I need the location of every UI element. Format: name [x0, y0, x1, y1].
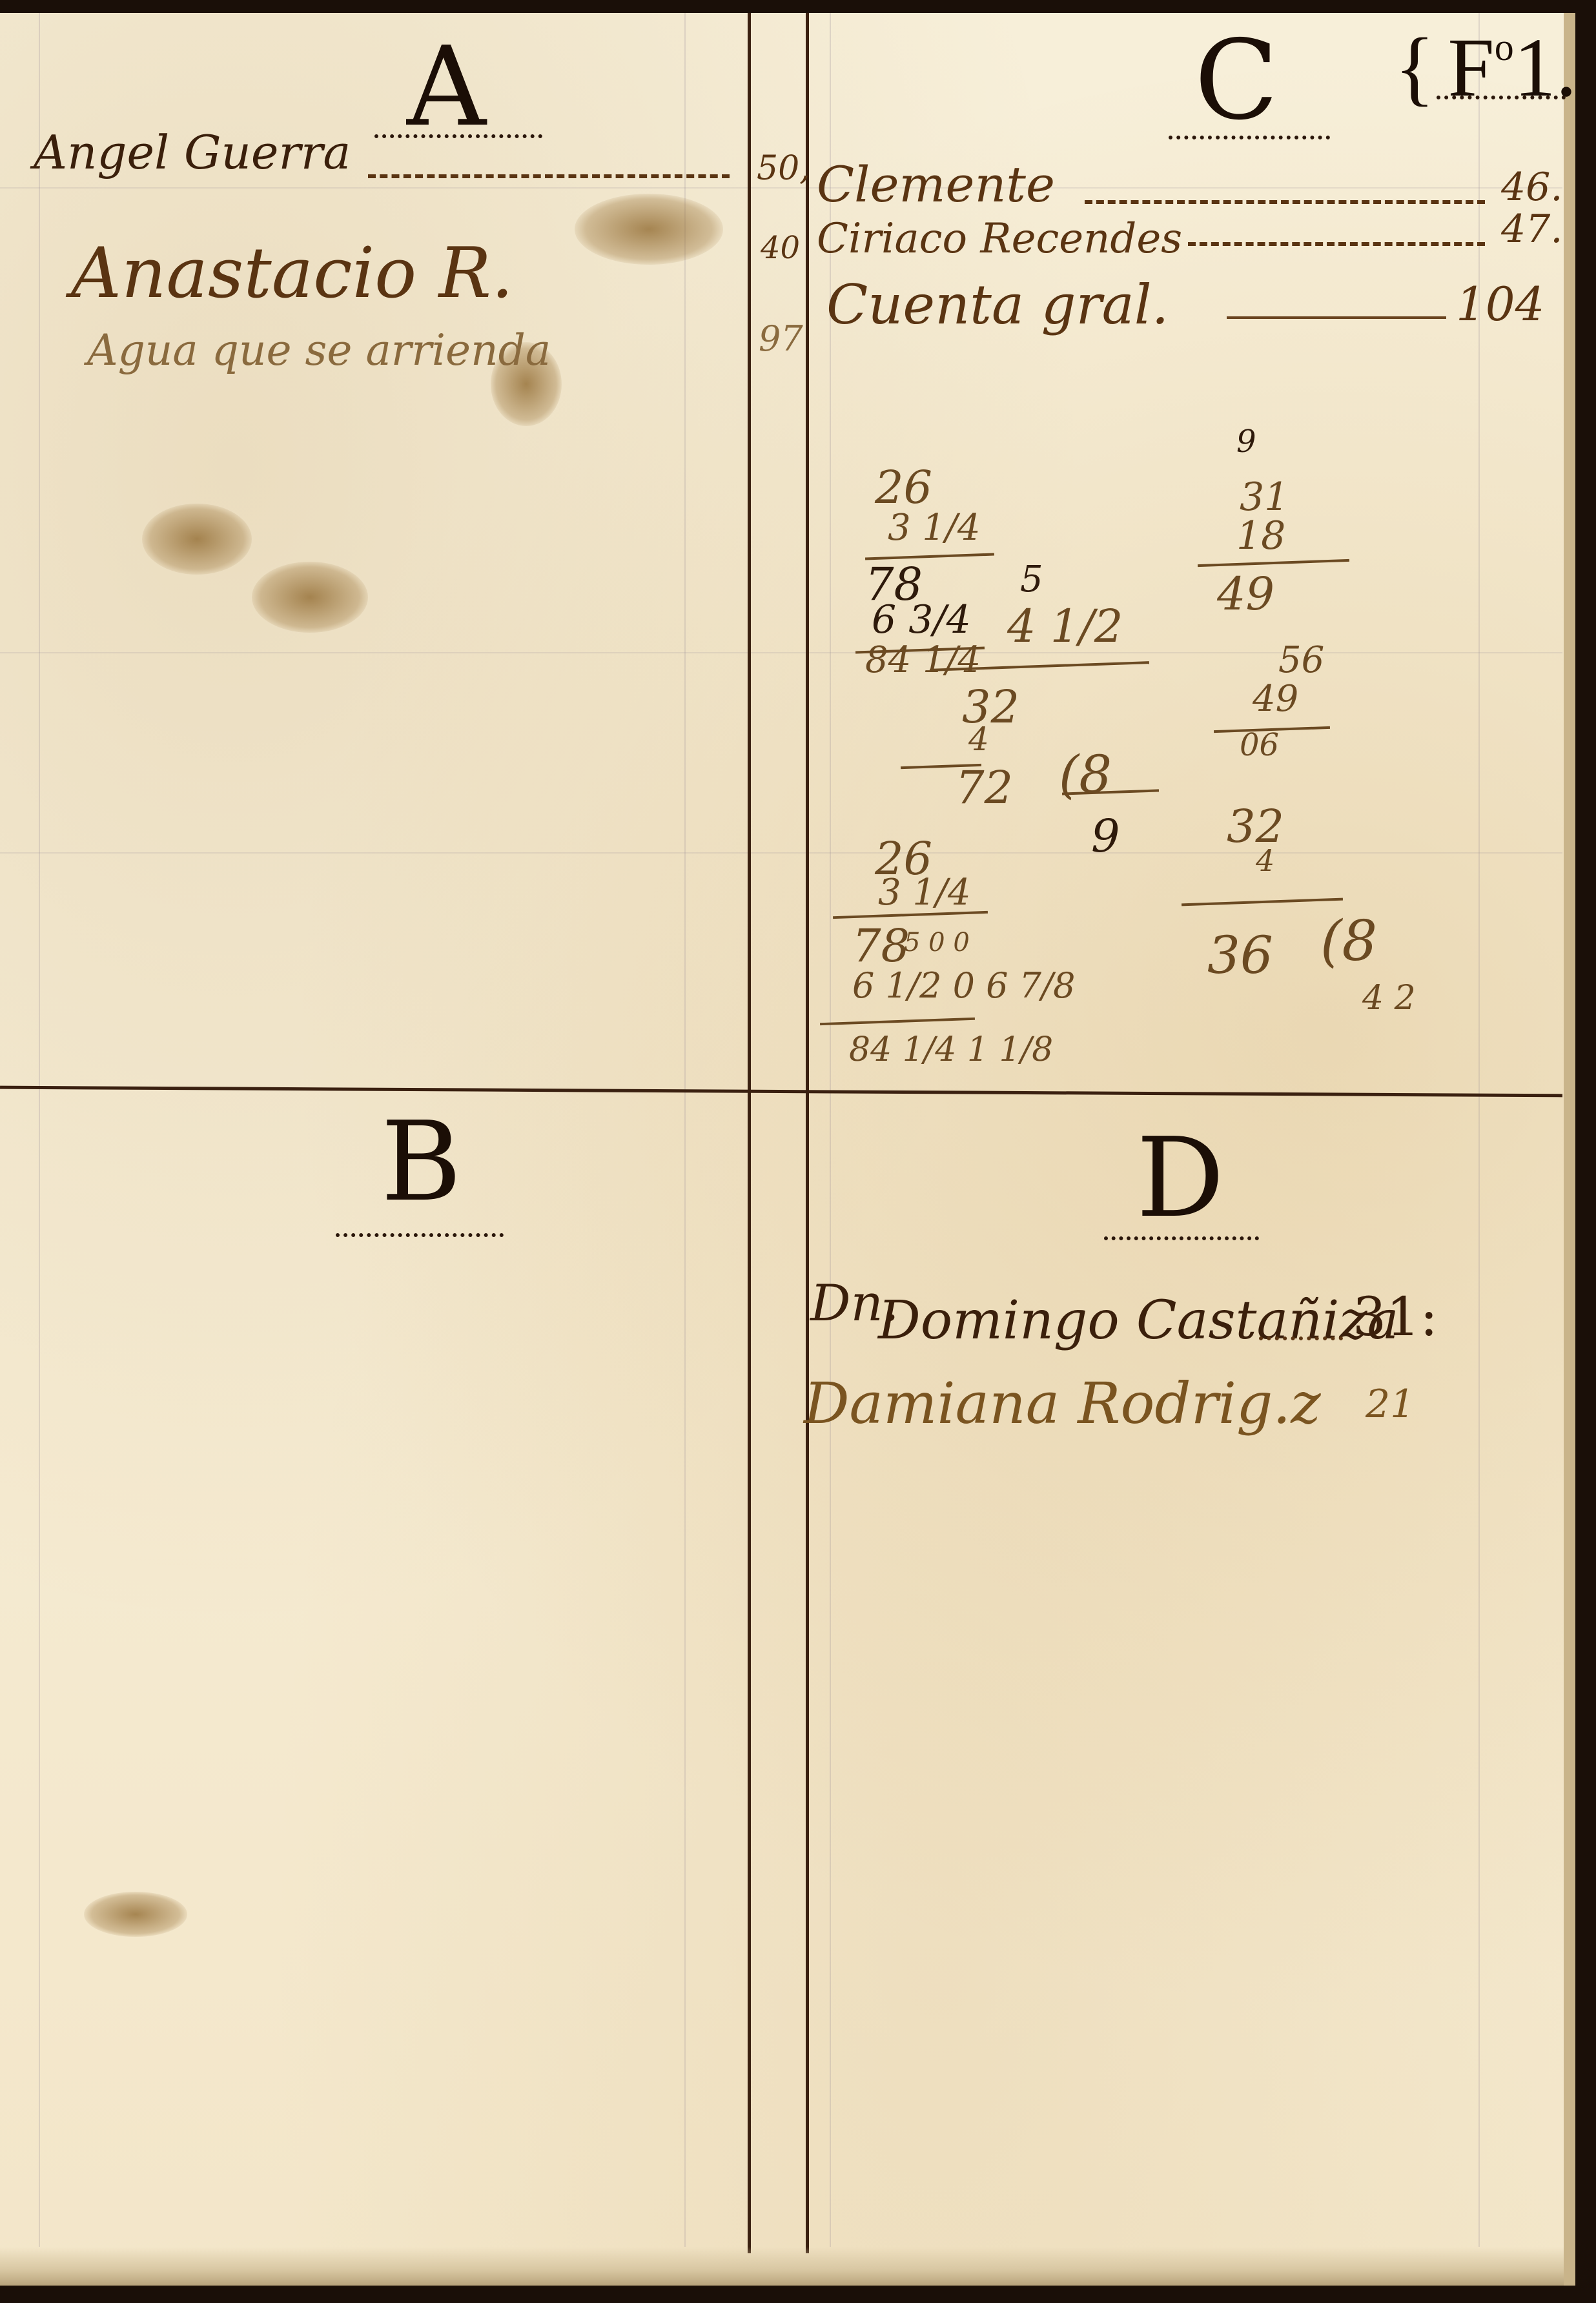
calc-figure: 31: [1240, 478, 1289, 517]
folio-superscript: o: [1495, 26, 1514, 68]
calc-figure: 26: [875, 465, 932, 510]
calc-figure: 5: [1020, 562, 1043, 598]
calc-figure: (8: [1320, 914, 1377, 969]
entry-folio: 46.: [1501, 168, 1562, 207]
letter-underline-flourish: [1104, 1230, 1259, 1240]
ink-stain: [142, 504, 252, 575]
leader-dashes: [1085, 200, 1485, 204]
section-divider-horizontal: [0, 1086, 1562, 1098]
letter-underline-flourish: [336, 1227, 504, 1237]
entry-folio: 21: [1366, 1385, 1415, 1424]
entry-folio: 97: [759, 322, 803, 356]
entry-name: Cuenta gral.: [826, 278, 1169, 332]
calc-figure: 4: [968, 723, 989, 755]
calc-rule: [1182, 898, 1343, 906]
calc-figure: 78: [852, 923, 910, 968]
folio-value: 1.: [1514, 21, 1577, 114]
calc-rule: [820, 1018, 975, 1025]
faint-margin-line: [684, 13, 686, 2247]
column-divider-right: [806, 13, 809, 2253]
entry-name: Ciriaco Recendes: [817, 218, 1182, 260]
entry-name: Agua que se arrienda: [87, 329, 551, 372]
entry-folio: 40: [761, 232, 800, 263]
entry-name: Clemente: [817, 160, 1055, 209]
calc-figure: 32: [1227, 804, 1284, 849]
calc-figure: 84 1/4 1 1/8: [849, 1033, 1053, 1067]
calc-figure: 18: [1236, 517, 1285, 555]
calc-rule: [1198, 559, 1349, 567]
entry-name: Anastacio R.: [71, 239, 513, 309]
folio-label: F: [1448, 21, 1494, 114]
calc-figure: 56: [1278, 642, 1324, 679]
section-letter-a: A: [407, 32, 486, 142]
calc-figure: 4 2: [1362, 981, 1416, 1015]
ink-stain: [575, 194, 723, 265]
calc-figure: 36: [1207, 930, 1273, 981]
calc-figure: 06: [1240, 730, 1279, 761]
entry-name: Damiana Rodrig.z: [804, 1375, 1321, 1432]
entry-folio: 104: [1456, 281, 1544, 327]
calc-figure: 49: [1217, 571, 1274, 617]
leader-dots: [1259, 1336, 1343, 1340]
calc-figure: 3 1/4: [888, 510, 981, 546]
faint-rule-line: [0, 852, 1562, 854]
entry-name: Angel Guerra: [34, 129, 351, 176]
calc-figure: 5 0 0: [904, 930, 970, 956]
leader-rule: [1227, 316, 1446, 319]
column-divider-left: [748, 13, 751, 2253]
entry-folio: 47.: [1501, 210, 1562, 249]
calc-figure: 9: [1091, 814, 1120, 859]
faint-margin-line: [830, 13, 831, 2247]
leader-dashes: [368, 174, 730, 178]
ledger-page: A Angel Guerra 50, Anastacio R. 40 Agua …: [0, 13, 1575, 2286]
letter-underline-flourish: [374, 128, 542, 138]
section-letter-c: C: [1194, 26, 1278, 136]
faint-rule-line: [0, 652, 1562, 653]
folio-underline-flourish: [1437, 89, 1566, 99]
paper-fragment: [84, 1892, 187, 1937]
faint-margin-line: [1478, 13, 1480, 2247]
calc-figure: 4: [1256, 846, 1274, 875]
folio-brace: {: [1395, 21, 1435, 114]
faint-margin-line: [39, 13, 40, 2247]
entry-folio: 31:: [1353, 1291, 1438, 1344]
letter-underline-flourish: [1169, 129, 1330, 139]
calc-figure: 84 1/4: [865, 642, 981, 679]
calc-figure: 6 3/4: [872, 600, 971, 639]
entry-folio: 50,: [757, 152, 810, 185]
ink-stain: [252, 562, 368, 633]
section-letter-d: D: [1136, 1123, 1224, 1233]
leader-dashes: [1188, 242, 1485, 246]
calc-figure: 4 1/2: [1007, 604, 1123, 649]
section-letter-b: B: [381, 1107, 462, 1217]
calc-figure: 6 1/2 0 6 7/8: [852, 968, 1076, 1003]
calc-figure: 9: [1236, 426, 1256, 457]
calc-figure: 72: [956, 765, 1013, 810]
calc-figure: 49: [1253, 681, 1298, 717]
calc-figure: 3 1/4: [878, 875, 971, 911]
